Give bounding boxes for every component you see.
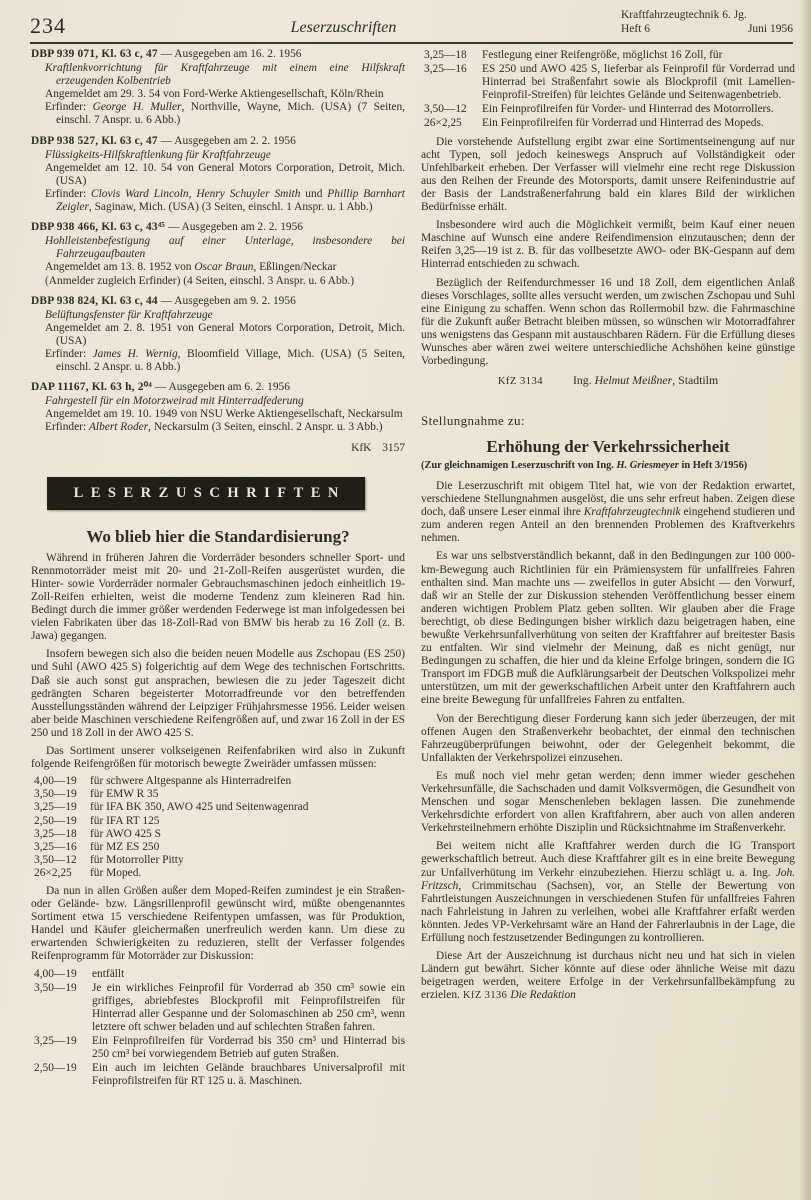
right-column: 3,25—18 Festlegung einer Reifengröße, mö…: [421, 48, 795, 1088]
patent-title: Flüssigkeits-Hilfskraftlenkung für Kraft…: [31, 149, 405, 162]
tire-program-list-left: 4,00—19 entfällt 3,50—19 Je ein wirklich…: [34, 968, 405, 1089]
program-size-label: 3,25—19: [34, 1035, 92, 1061]
patent-entry: DBP 939 071, Kl. 63 c, 47 — Ausgegeben a…: [31, 48, 405, 128]
program-size-text: entfällt: [92, 968, 405, 981]
tire-size-label: 3,25—18: [34, 828, 90, 841]
patent-title: Kraftlenkvorrichtung für Kraftfahrzeuge …: [31, 62, 405, 88]
patent-entry: DBP 938 527, Kl. 63 c, 47 — Ausgegeben a…: [31, 135, 405, 215]
journal-date: Juni 1956: [748, 22, 793, 36]
patent-line: (Anmelder zugleich Erfinder) (4 Seiten, …: [31, 275, 405, 288]
patent-line: Erfinder: Albert Roder, Neckarsulm (3 Se…: [31, 421, 405, 434]
program-size-label: 3,25—16: [424, 63, 482, 102]
program-row: 3,50—19 Je ein wirkliches Feinprofil für…: [34, 982, 405, 1034]
journal-page: 234 Leserzuschriften Kraftfahrzeugtechni…: [0, 0, 811, 1200]
paragraph: Die vorstehende Aufstellung ergibt zwar …: [421, 136, 795, 215]
program-row: 3,25—16 ES 250 und AWO 425 S, lieferbar …: [424, 63, 795, 102]
program-size-text: Ein Feinprofilreifen für Vorderrad und H…: [482, 117, 795, 130]
patent-line: Erfinder: Clovis Ward Lincoln, Henry Sch…: [31, 188, 405, 214]
paragraph: Es muß noch viel mehr getan werden; denn…: [421, 770, 795, 835]
patent-line: Angemeldet am 29. 3. 54 von Ford-Werke A…: [31, 88, 405, 101]
tire-size-text: für IFA RT 125: [90, 815, 405, 828]
patent-title: Fahrgestell für ein Motorzweirad mit Hin…: [31, 395, 405, 408]
tire-size-text: für IFA BK 350, AWO 425 und Seitenwagenr…: [90, 801, 405, 814]
program-size-label: 2,50—19: [34, 1062, 92, 1088]
patent-line: Angemeldet am 19. 10. 1949 von NSU Werke…: [31, 408, 405, 421]
program-row: 4,00—19 entfällt: [34, 968, 405, 981]
program-size-text: Festlegung einer Reifengröße, möglichst …: [482, 49, 795, 62]
tire-size-text: für Motorroller Pitty: [90, 854, 405, 867]
patent-entry: DBP 938 466, Kl. 63 c, 43⁴⁵ — Ausgegeben…: [31, 221, 405, 287]
paragraph: Da nun in allen Größen außer dem Moped-R…: [31, 885, 405, 964]
tire-size-text: für schwere Altgespanne als Hinterradrei…: [90, 775, 405, 788]
tire-size-text: für Moped.: [90, 867, 405, 880]
tire-size-list: 4,00—19 für schwere Altgespanne als Hint…: [34, 775, 405, 880]
signature-line: KfZ 3134 Ing. Helmut Meißner, Stadtilm: [421, 374, 795, 388]
paragraph: Insbesondere wird auch die Möglichkeit v…: [421, 219, 795, 271]
program-size-label: 26×2,25: [424, 117, 482, 130]
patent-entry: DBP 938 824, Kl. 63 c, 44 — Ausgegeben a…: [31, 295, 405, 375]
response-subtitle: (Zur gleichnamigen Leserzuschrift von In…: [421, 460, 795, 473]
patent-line: Erfinder: James H. Wernig, Bloomfield Vi…: [31, 348, 405, 374]
patent-head: DBP 938 824, Kl. 63 c, 44 — Ausgegeben a…: [31, 295, 405, 308]
program-size-text: Ein auch im leichten Gelände brauchbares…: [92, 1062, 405, 1088]
section-banner-title: LESERZUSCHRIFTEN: [74, 487, 346, 500]
patent-line: Angemeldet am 2. 8. 1951 von General Mot…: [31, 322, 405, 348]
patent-head: DAP 11167, Kl. 63 h, 2⁰⁴ — Ausgegeben am…: [31, 381, 405, 394]
tire-size-row: 4,00—19 für schwere Altgespanne als Hint…: [34, 775, 405, 788]
paragraph: Während in früheren Jahren die Vorderräd…: [31, 552, 405, 644]
program-size-text: ES 250 und AWO 425 S, lieferbar als Fein…: [482, 63, 795, 102]
paragraph: Insofern bewegen sich also die beiden ne…: [31, 648, 405, 740]
tire-size-row: 3,25—19 für IFA BK 350, AWO 425 und Seit…: [34, 801, 405, 814]
page-header: 234 Leserzuschriften Kraftfahrzeugtechni…: [30, 8, 793, 44]
tire-size-label: 2,50—19: [34, 815, 90, 828]
left-column: DBP 939 071, Kl. 63 c, 47 — Ausgegeben a…: [31, 48, 405, 1088]
paragraph: Bei weitem nicht alle Kraftfahrer werden…: [421, 840, 795, 945]
program-row: 3,25—18 Festlegung einer Reifengröße, mö…: [424, 49, 795, 62]
program-row: 26×2,25 Ein Feinprofilreifen für Vorderr…: [424, 117, 795, 130]
ref-code: KfZ 3134: [498, 375, 543, 388]
paragraph: Es war uns selbstverständlich bekannt, d…: [421, 550, 795, 707]
tire-size-row: 2,50—19 für IFA RT 125: [34, 815, 405, 828]
journal-info: Kraftfahrzeugtechnik 6. Jg. Heft 6 Juni …: [621, 8, 793, 37]
paragraph: Das Sortiment unserer volkseigenen Reife…: [31, 745, 405, 771]
tire-size-label: 26×2,25: [34, 867, 90, 880]
tire-size-label: 3,50—19: [34, 788, 90, 801]
patent-ref-code: KfK 3157: [31, 442, 405, 455]
program-size-label: 4,00—19: [34, 968, 92, 981]
program-row: 2,50—19 Ein auch im leichten Gelände bra…: [34, 1062, 405, 1088]
tire-size-row: 3,50—12 für Motorroller Pitty: [34, 854, 405, 867]
program-size-text: Ein Feinprofilreifen für Vorder- und Hin…: [482, 103, 795, 116]
patent-head: DBP 938 466, Kl. 63 c, 43⁴⁵ — Ausgegeben…: [31, 221, 405, 234]
tire-program-list-right: 3,25—18 Festlegung einer Reifengröße, mö…: [424, 49, 795, 131]
patent-line: Erfinder: George H. Muller, Northville, …: [31, 101, 405, 127]
patent-line: Angemeldet am 13. 8. 1952 von Oscar Brau…: [31, 261, 405, 274]
page-number: 234: [30, 15, 66, 37]
program-size-label: 3,50—19: [34, 982, 92, 1034]
paragraph: Die Leserzuschrift mit obigem Titel hat,…: [421, 480, 795, 545]
tire-size-row: 26×2,25 für Moped.: [34, 867, 405, 880]
tire-size-text: für AWO 425 S: [90, 828, 405, 841]
patent-title: Hohlleistenbefestigung auf einer Unterla…: [31, 235, 405, 261]
program-size-text: Je ein wirkliches Feinprofil für Vorderr…: [92, 982, 405, 1034]
program-row: 3,25—19 Ein Feinprofilreifen für Vorderr…: [34, 1035, 405, 1061]
response-label: Stellungnahme zu:: [421, 414, 795, 427]
tire-size-text: für MZ ES 250: [90, 841, 405, 854]
program-row: 3,50—12 Ein Feinprofilreifen für Vorder-…: [424, 103, 795, 116]
patent-entry: DAP 11167, Kl. 63 h, 2⁰⁴ — Ausgegeben am…: [31, 381, 405, 434]
tire-size-text: für EMW R 35: [90, 788, 405, 801]
patent-list: DBP 939 071, Kl. 63 c, 47 — Ausgegeben a…: [31, 48, 405, 455]
patent-head: DBP 938 527, Kl. 63 c, 47 — Ausgegeben a…: [31, 135, 405, 148]
author-name: Ing. Helmut Meißner, Stadtilm: [573, 374, 718, 387]
paragraph: Bezüglich der Reifendurchmesser 16 und 1…: [421, 277, 795, 369]
tire-size-row: 3,50—19 für EMW R 35: [34, 788, 405, 801]
paragraph: Von der Berechtigung dieser Forderung ka…: [421, 713, 795, 765]
article-title: Wo blieb hier die Standardisierung?: [31, 530, 405, 543]
journal-name: Kraftfahrzeugtechnik 6. Jg.: [621, 8, 793, 22]
tire-size-label: 4,00—19: [34, 775, 90, 788]
patent-line: Angemeldet am 12. 10. 54 von General Mot…: [31, 162, 405, 188]
tire-size-label: 3,25—19: [34, 801, 90, 814]
program-size-label: 3,50—12: [424, 103, 482, 116]
tire-size-label: 3,25—16: [34, 841, 90, 854]
journal-issue-line: Heft 6 Juni 1956: [621, 22, 793, 36]
journal-issue: Heft 6: [621, 22, 650, 36]
running-title: Leserzuschriften: [66, 20, 621, 37]
closing-paragraph: Diese Art der Auszeichnung ist durchaus …: [421, 950, 795, 1002]
tire-size-label: 3,50—12: [34, 854, 90, 867]
program-size-text: Ein Feinprofilreifen für Vorderrad bis 3…: [92, 1035, 405, 1061]
two-column-body: DBP 939 071, Kl. 63 c, 47 — Ausgegeben a…: [31, 48, 795, 1088]
program-size-label: 3,25—18: [424, 49, 482, 62]
tire-size-row: 3,25—18 für AWO 425 S: [34, 828, 405, 841]
section-banner: LESERZUSCHRIFTEN: [47, 477, 365, 510]
response-title: Erhöhung der Verkehrssicherheit: [421, 440, 795, 453]
patent-head: DBP 939 071, Kl. 63 c, 47 — Ausgegeben a…: [31, 48, 405, 61]
patent-title: Belüftungsfenster für Kraftfahrzeuge: [31, 309, 405, 322]
tire-size-row: 3,25—16 für MZ ES 250: [34, 841, 405, 854]
